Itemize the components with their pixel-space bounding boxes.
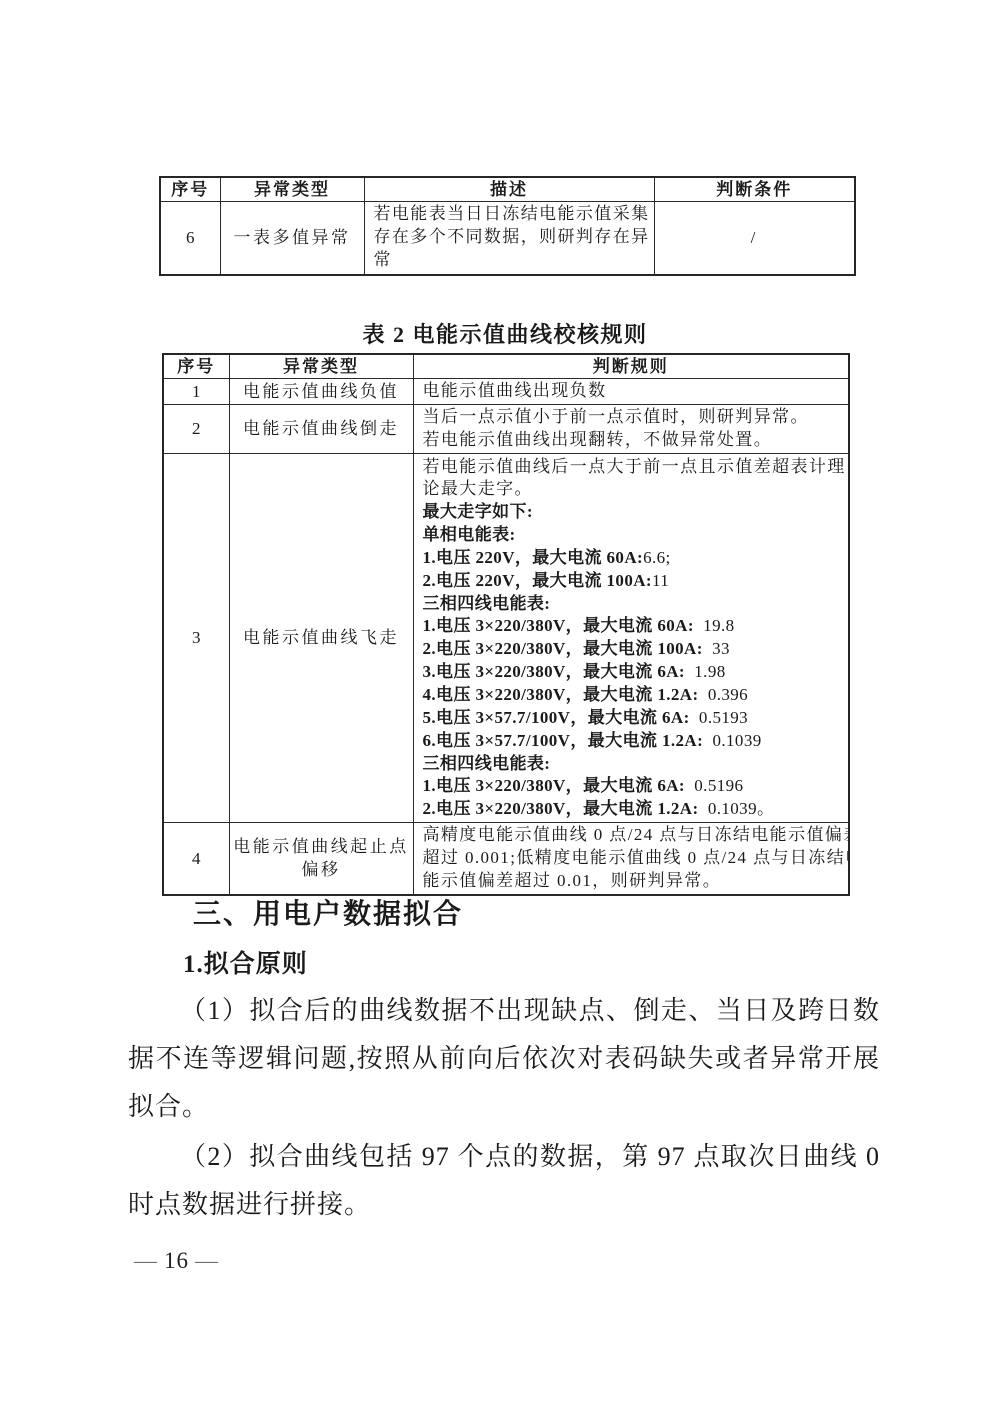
page-number-dash: —: [128, 1248, 164, 1273]
cell-rule: 若电能示值曲线后一点大于前一点且示值差超表计理 论最大走字。 最大走字如下: 单…: [413, 453, 849, 823]
text-line: 2.电压 3×220/380V，最大电流 100A: 33: [423, 638, 845, 661]
cell-type: 电能示值曲线飞走: [229, 453, 413, 823]
text-line: 若电能表当日日冻结电能示值采集: [374, 203, 648, 226]
page-number-value: 16: [164, 1248, 189, 1273]
column-header-type: 异常类型: [220, 177, 364, 202]
text-line: 常: [374, 249, 648, 272]
page-number-dash: —: [189, 1248, 225, 1273]
text-line: 能示值偏差超过 0.01，则研判异常。: [423, 870, 843, 893]
paragraph1-line: 拟合。: [128, 1091, 880, 1123]
cell-type: 一表多值异常: [220, 202, 364, 275]
column-header-type: 异常类型: [229, 354, 413, 379]
text-line: 电能示值曲线起止点: [230, 835, 413, 858]
text-line: 若电能示值曲线出现翻转，不做异常处置。: [423, 429, 843, 452]
text-line: 偏移: [230, 858, 413, 881]
anomaly-table: 序号 异常类型 描述 判断条件 6 一表多值异常 若电能表当日日冻结电能示值采集…: [159, 176, 856, 276]
section-heading: 三、用电户数据拟合: [193, 892, 463, 932]
curve-check-table: 序号 异常类型 判断规则 1 电能示值曲线负值 电能示值曲线出现负数 2 电能示…: [162, 353, 850, 896]
cell-rule: 高精度电能示值曲线 0 点/24 点与日冻结电能示值偏差 超过 0.001;低精…: [413, 823, 849, 895]
column-header-seq: 序号: [163, 354, 229, 379]
text-line: 2.电压 220V，最大电流 100A:11: [423, 570, 845, 593]
table-row: 3 电能示值曲线飞走 若电能示值曲线后一点大于前一点且示值差超表计理 论最大走字…: [163, 453, 849, 823]
cell-type: 电能示值曲线倒走: [229, 404, 413, 453]
table-row: 4 电能示值曲线起止点 偏移 高精度电能示值曲线 0 点/24 点与日冻结电能示…: [163, 823, 849, 895]
document-page: { "table1": { "headers": ["序号", "异常类型", …: [0, 0, 1000, 1414]
text-line: 2.电压 3×220/380V，最大电流 1.2A: 0.1039。: [423, 798, 845, 821]
text-line: 电能示值曲线出现负数: [423, 380, 843, 403]
column-header-rule: 判断规则: [413, 354, 849, 379]
text-line: 5.电压 3×57.7/100V，最大电流 6A: 0.5193: [423, 707, 845, 730]
text-line: 若电能示值曲线后一点大于前一点且示值差超表计理: [423, 456, 845, 479]
cell-desc: 若电能表当日日冻结电能示值采集 存在多个不同数据，则研判存在异 常: [364, 202, 654, 275]
section-subheading: 1.拟合原则: [183, 944, 308, 980]
text-line: 存在多个不同数据，则研判存在异: [374, 226, 648, 249]
paragraph2-line: 时点数据进行拼接。: [128, 1189, 880, 1221]
cell-seq: 2: [163, 404, 229, 453]
text-line: 论最大走字。: [423, 478, 845, 501]
text-line: 高精度电能示值曲线 0 点/24 点与日冻结电能示值偏差: [423, 824, 843, 847]
anomaly-table-header-row: 序号 异常类型 描述 判断条件: [160, 177, 855, 202]
column-header-condition: 判断条件: [654, 177, 855, 202]
table-row: 2 电能示值曲线倒走 当后一点示值小于前一点示值时，则研判异常。 若电能示值曲线…: [163, 404, 849, 453]
paragraph1-line: 据不连等逻辑问题,按照从前向后依次对表码缺失或者异常开展: [128, 1043, 880, 1075]
cell-rule: 当后一点示值小于前一点示值时，则研判异常。 若电能示值曲线出现翻转，不做异常处置…: [413, 404, 849, 453]
cell-seq: 4: [163, 823, 229, 895]
text-line: 三相四线电能表:: [423, 753, 845, 776]
column-header-desc: 描述: [364, 177, 654, 202]
text-line: 三相四线电能表:: [423, 593, 845, 616]
text-line: 6.电压 3×57.7/100V，最大电流 1.2A: 0.1039: [423, 730, 845, 753]
curve-check-header-row: 序号 异常类型 判断规则: [163, 354, 849, 379]
text-line: 1.电压 3×220/380V，最大电流 6A: 0.5196: [423, 775, 845, 798]
cell-condition: /: [654, 202, 855, 275]
cell-type: 电能示值曲线起止点 偏移: [229, 823, 413, 895]
cell-seq: 3: [163, 453, 229, 823]
text-line: 超过 0.001;低精度电能示值曲线 0 点/24 点与日冻结电: [423, 847, 843, 870]
text-line: 单相电能表:: [423, 524, 845, 547]
table2-caption: 表 2 电能示值曲线校核规则: [162, 318, 848, 349]
text-line: 1.电压 3×220/380V，最大电流 60A: 19.8: [423, 615, 845, 638]
text-line: 1.电压 220V，最大电流 60A:6.6;: [423, 547, 845, 570]
column-header-seq: 序号: [160, 177, 220, 202]
cell-seq: 6: [160, 202, 220, 275]
cell-type: 电能示值曲线负值: [229, 379, 413, 405]
text-line: 4.电压 3×220/380V，最大电流 1.2A: 0.396: [423, 684, 845, 707]
page-number: —16—: [128, 1248, 225, 1274]
cell-rule: 电能示值曲线出现负数: [413, 379, 849, 405]
table-row: 6 一表多值异常 若电能表当日日冻结电能示值采集 存在多个不同数据，则研判存在异…: [160, 202, 855, 275]
table-row: 1 电能示值曲线负值 电能示值曲线出现负数: [163, 379, 849, 405]
text-line: 当后一点示值小于前一点示值时，则研判异常。: [423, 406, 843, 429]
text-line: 3.电压 3×220/380V，最大电流 6A: 1.98: [423, 661, 845, 684]
text-line: 最大走字如下:: [423, 501, 845, 524]
cell-seq: 1: [163, 379, 229, 405]
paragraph1-line: （1）拟合后的曲线数据不出现缺点、倒走、当日及跨日数: [128, 995, 880, 1027]
paragraph2-line: （2）拟合曲线包括 97 个点的数据，第 97 点取次日曲线 0: [128, 1141, 880, 1173]
